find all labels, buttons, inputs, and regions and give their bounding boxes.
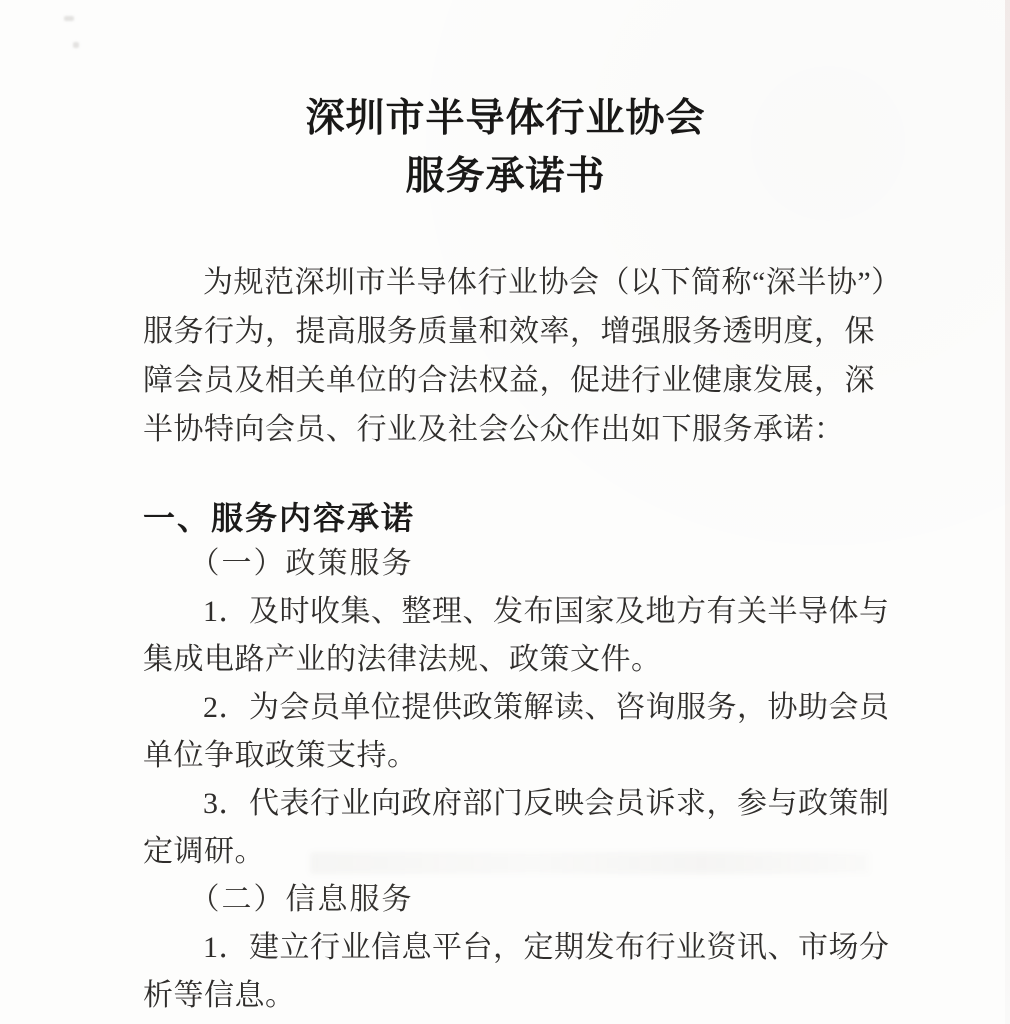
- scan-speck: [73, 42, 79, 48]
- item-2-line: 2．为会员单位提供政策解读、咨询服务，协助会员: [143, 684, 868, 732]
- item-4-line: 析等信息。: [143, 972, 868, 1020]
- document-title: 深圳市半导体行业协会 服务承诺书: [143, 90, 868, 206]
- scan-edge-shadow: [1005, 0, 1010, 1024]
- scanned-document-page: 深圳市半导体行业协会 服务承诺书 为规范深圳市半导体行业协会（以下简称“深半协”…: [0, 0, 1010, 1024]
- item-4-line: 1．建立行业信息平台，定期发布行业资讯、市场分: [143, 924, 868, 972]
- intro-line: 服务行为，提高服务质量和效率，增强服务透明度，保: [143, 307, 868, 356]
- subsection-1-heading: （一）政策服务: [143, 540, 868, 588]
- item-1-line: 1．及时收集、整理、发布国家及地方有关半导体与: [143, 588, 868, 636]
- scan-speck: [64, 16, 74, 21]
- intro-paragraph: 为规范深圳市半导体行业协会（以下简称“深半协”） 服务行为，提高服务质量和效率，…: [143, 258, 868, 454]
- item-2-line: 单位争取政策支持。: [143, 732, 868, 780]
- item-1-line: 集成电路产业的法律法规、政策文件。: [143, 636, 868, 684]
- intro-line: 为规范深圳市半导体行业协会（以下简称“深半协”）: [143, 258, 868, 307]
- intro-line: 半协特向会员、行业及社会公众作出如下服务承诺：: [143, 405, 868, 454]
- document-title-line-2: 服务承诺书: [143, 148, 868, 206]
- document-title-line-1: 深圳市半导体行业协会: [143, 90, 868, 148]
- item-3-line: 3．代表行业向政府部门反映会员诉求，参与政策制: [143, 780, 868, 828]
- section-1-heading: 一、服务内容承诺: [143, 496, 868, 540]
- subsection-2-heading: （二）信息服务: [143, 876, 868, 924]
- intro-line: 障会员及相关单位的合法权益，促进行业健康发展，深: [143, 356, 868, 405]
- item-3-line: 定调研。: [143, 828, 868, 876]
- section-1-body: （一）政策服务 1．及时收集、整理、发布国家及地方有关半导体与 集成电路产业的法…: [143, 540, 868, 1020]
